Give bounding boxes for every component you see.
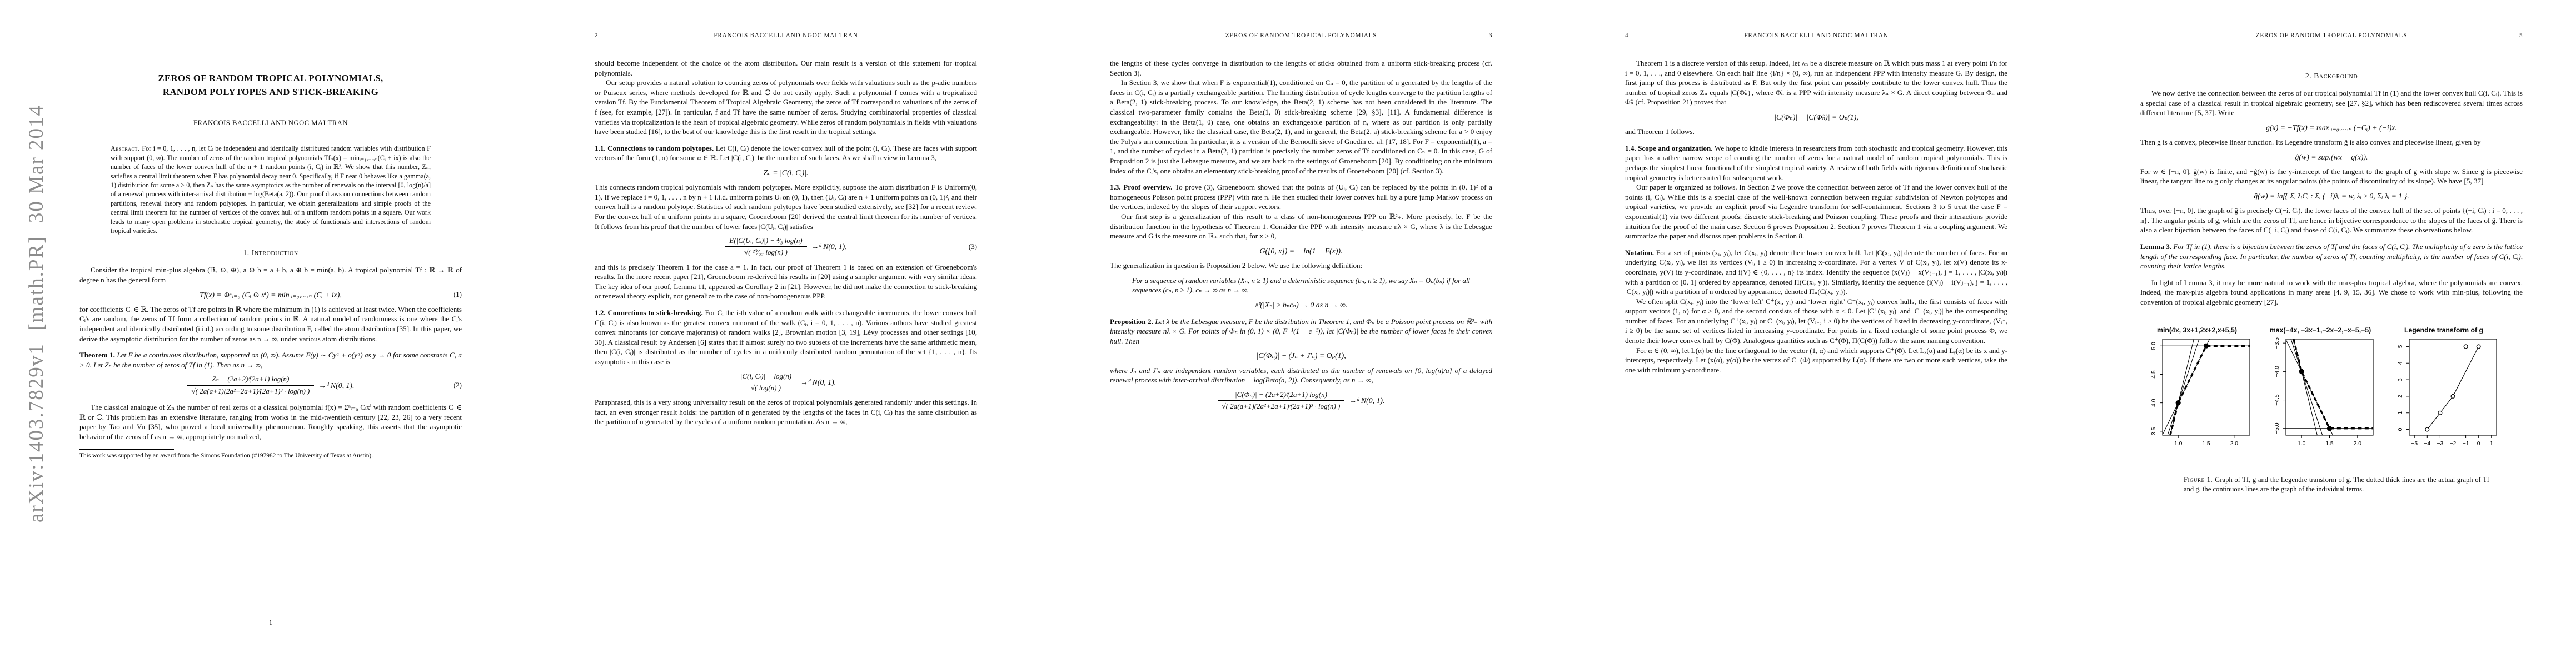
display-equation: E(|C(Uᵢ, Cᵢ)|) − ⁴⁄₃ log(n)√( ²⁰⁄₂₇ log(…: [595, 236, 977, 257]
paragraph: Our first step is a generalization of th…: [1110, 212, 1492, 241]
figure-caption: Figure 1. Graph of Tf, g and the Legendr…: [2184, 475, 2489, 494]
fraction-numerator: E(|C(Uᵢ, Cᵢ)|) − ⁴⁄₃ log(n): [725, 236, 806, 247]
paragraph: should become independent of the choice …: [595, 58, 977, 78]
vertex-dot: [2176, 400, 2181, 405]
section-heading: 1. Introduction: [79, 248, 462, 257]
header-running-title: ZEROS OF RANDOM TROPICAL POLYNOMIALS: [2174, 32, 2489, 39]
paragraph-lead: 1.1. Connections to random polytopes.: [595, 144, 716, 152]
plot-area: [2162, 339, 2250, 435]
figure-panel-title: max(−4x, −3x−1,−2x−2,−x−5,−5): [2264, 326, 2377, 334]
paragraph: In Section 3, we show that when F is exp…: [1110, 78, 1492, 176]
equation-suffix: →ᵈ N(0, 1).: [800, 377, 836, 387]
figure-plot: 1.01.52.0−3.5−4.0−4.5−5.0: [2264, 335, 2377, 466]
y-tick-label: 5: [2398, 345, 2404, 348]
y-tick-label: 4.0: [2151, 399, 2157, 407]
equation-suffix: →ᵈ N(0, 1),: [811, 242, 847, 251]
paragraph-lead: Proposition 2.: [1110, 317, 1155, 326]
page-2: 2 FRANCOIS BACCELLI AND NGOC MAI TRAN sh…: [515, 0, 1030, 667]
page-3: ZEROS OF RANDOM TROPICAL POLYNOMIALS 3 t…: [1030, 0, 1546, 667]
y-tick-label: −5.0: [2274, 422, 2280, 434]
display-equation: |C(Φₙ)| − (2a+2)⁄(2a+1) log(n)√( 2a(a+1)…: [1110, 390, 1492, 411]
x-tick-label: −2: [2450, 441, 2457, 447]
paragraph: Theorem 1. Let F be a continuous distrib…: [79, 350, 462, 370]
equation-number: (1): [454, 290, 462, 299]
plot-box: [2409, 339, 2497, 435]
paragraph-lead: 1.3. Proof overview.: [1110, 183, 1175, 191]
page-3-body: the lengths of these cycles converge in …: [1110, 58, 1492, 416]
fraction: |C(Φₙ)| − (2a+2)⁄(2a+1) log(n)√( 2a(a+1)…: [1218, 390, 1345, 411]
data-circle: [2451, 394, 2455, 398]
y-tick-label: 5.0: [2151, 341, 2157, 350]
paper-title: ZEROS OF RANDOM TROPICAL POLYNOMIALS, RA…: [79, 71, 462, 99]
equation: ĝ(w) = inf{ Σᵢ λᵢCᵢ : Σᵢ (−i)λᵢ = w, λᵢ …: [2140, 191, 2523, 201]
fraction: |C(i, Cᵢ)| − log(n)√( log(n) ): [736, 372, 796, 393]
page-5: ZEROS OF RANDOM TROPICAL POLYNOMIALS 5 2…: [2061, 0, 2576, 667]
paragraph: We now derive the connection between the…: [2140, 88, 2523, 118]
arxiv-watermark: arXiv:1403.7829v1 [math.PR] 30 Mar 2014: [24, 49, 48, 522]
running-header: ZEROS OF RANDOM TROPICAL POLYNOMIALS 3: [1110, 32, 1492, 39]
paragraph: The classical analogue of Zₙ the number …: [79, 402, 462, 441]
running-header: 4 FRANCOIS BACCELLI AND NGOC MAI TRAN: [1625, 32, 2007, 39]
paragraph-lead: Lemma 3.: [2140, 242, 2174, 251]
y-tick-label: −4.5: [2274, 394, 2280, 406]
equation-body: Zₙ = |C(i, Cᵢ)|.: [763, 168, 808, 177]
footnote: This work was supported by an award from…: [79, 449, 462, 460]
figure-plot: 1.01.52.03.54.04.55.0: [2140, 335, 2254, 466]
display-equation: |C(i, Cᵢ)| − log(n)√( log(n) )→ᵈ N(0, 1)…: [595, 372, 977, 393]
equation: Zₙ = |C(i, Cᵢ)|.: [595, 168, 977, 177]
x-tick-label: 1.5: [2202, 441, 2210, 447]
equation-suffix: →ᵈ N(0, 1).: [1349, 396, 1384, 405]
paragraph: We often split C(xᵢ, yᵢ) into the ‘lower…: [1625, 297, 2007, 346]
paragraph: Our paper is organized as follows. In Se…: [1625, 182, 2007, 241]
y-tick-label: 3: [2398, 378, 2404, 381]
plot-box: [2286, 339, 2373, 435]
x-tick-label: −5: [2411, 441, 2418, 447]
fraction-denominator: √( 2a(a+1)(2a²+2a+1)⁄(2a+1)³ · log(n) ): [1218, 401, 1345, 411]
running-header: 2 FRANCOIS BACCELLI AND NGOC MAI TRAN: [595, 32, 977, 39]
x-tick-label: −1: [2463, 441, 2469, 447]
paragraph: For α ∈ (0, ∞), let L(α) be the line ort…: [1625, 346, 2007, 375]
data-circle: [2477, 345, 2480, 349]
paragraph-lead: 1.2. Connections to stick-breaking.: [595, 308, 705, 317]
paragraph: the lengths of these cycles converge in …: [1110, 58, 1492, 78]
fraction-denominator: √( ²⁰⁄₂₇ log(n) ): [725, 247, 806, 257]
page-2-body: should become independent of the choice …: [595, 58, 977, 427]
plot-box: [2163, 339, 2250, 435]
page-1: arXiv:1403.7829v1 [math.PR] 30 Mar 2014 …: [0, 0, 515, 667]
equation: g(x) = −Tf(x) = max ᵢ₌₀,...,ₙ (−Cᵢ) + (−…: [2140, 123, 2523, 132]
equation-body: G([0, x]) = − ln(1 − F(x)).: [1260, 247, 1343, 255]
paragraph: and Theorem 1 follows.: [1625, 127, 2007, 137]
figure-panel-1: min(4x, 3x+1,2x+2,x+5,5)1.01.52.03.54.04…: [2140, 326, 2254, 466]
equation-body: g(x) = −Tf(x) = max ᵢ₌₀,...,ₙ (−Cᵢ) + (−…: [2266, 123, 2397, 132]
paragraph: Consider the tropical min-plus algebra (…: [79, 265, 462, 285]
page-1-body: ZEROS OF RANDOM TROPICAL POLYNOMIALS, RA…: [79, 0, 462, 461]
y-tick-label: 0: [2398, 427, 2404, 431]
paragraph: 1.3. Proof overview. To prove (3), Groen…: [1110, 182, 1492, 212]
paragraph: Thus, over [−n, 0], the graph of ĝ is pr…: [2140, 206, 2523, 235]
equation-body: |C(Φₙ)| − (Jₙ + J′ₙ) = Oₚ(1),: [1256, 351, 1346, 360]
paper-canvas: arXiv:1403.7829v1 [math.PR] 30 Mar 2014 …: [0, 0, 2576, 667]
plot-area: [2285, 339, 2373, 435]
paragraph: This connects random tropical polynomial…: [595, 182, 977, 231]
paragraph: Then g is a convex, piecewise linear fun…: [2140, 137, 2523, 147]
equation-body: ĝ(w) = supₓ(wx − g(x)).: [2295, 153, 2368, 161]
term-line: [2168, 339, 2199, 435]
vertex-dot: [2327, 426, 2332, 431]
fraction-numerator: |C(i, Cᵢ)| − log(n): [736, 372, 796, 382]
header-running-title: FRANCOIS BACCELLI AND NGOC MAI TRAN: [1658, 32, 1974, 39]
y-tick-label: 1: [2398, 411, 2404, 414]
paragraph: Lemma 3. For Tf in (1), there is a bijec…: [2140, 242, 2523, 271]
plot-area: [2425, 345, 2480, 431]
equation-body: ĝ(w) = inf{ Σᵢ λᵢCᵢ : Σᵢ (−i)λᵢ = w, λᵢ …: [2254, 192, 2409, 200]
x-tick-label: 1.5: [2325, 441, 2334, 447]
paragraph: Theorem 1 is a discrete version of this …: [1625, 58, 2007, 107]
paragraph: Notation. For a set of points (xᵢ, yᵢ), …: [1625, 248, 2007, 297]
fraction: E(|C(Uᵢ, Cᵢ)|) − ⁴⁄₃ log(n)√( ²⁰⁄₂₇ log(…: [725, 236, 806, 257]
vertex-dot: [2299, 369, 2304, 374]
figure-1: min(4x, 3x+1,2x+2,x+5,5)1.01.52.03.54.04…: [2140, 326, 2500, 466]
paragraph-lead: Theorem 1.: [79, 351, 117, 359]
x-tick-label: 1.0: [2174, 441, 2183, 447]
equation: Tf(x) = ⊕ⁿᵢ₌₀ (Cᵢ ⊙ xⁱ) = min ᵢ₌₀,...,ₙ …: [79, 290, 462, 300]
paragraph: and this is precisely Theorem 1 for the …: [595, 262, 977, 301]
fraction-numerator: |C(Φₙ)| − (2a+2)⁄(2a+1) log(n): [1218, 390, 1345, 401]
x-tick-label: −3: [2437, 441, 2444, 447]
figure-panel-3: Legendre transform of g−5−4−3−2−10101234…: [2387, 326, 2500, 466]
paragraph: for coefficients Cᵢ ∈ ℝ. The zeros of Tf…: [79, 305, 462, 344]
running-header: ZEROS OF RANDOM TROPICAL POLYNOMIALS 5: [2140, 32, 2523, 39]
data-circle: [2438, 411, 2442, 415]
y-tick-label: 2: [2398, 394, 2404, 397]
definition-block: For a sequence of random variables (Xₙ, …: [1132, 276, 1470, 296]
hull-line: [2427, 346, 2478, 429]
x-tick-label: 0: [2477, 441, 2480, 447]
footnote-rule: [79, 449, 174, 450]
page-5-body: 2. BackgroundWe now derive the connectio…: [2140, 58, 2523, 494]
x-tick-label: 2.0: [2354, 441, 2362, 447]
y-tick-label: 4: [2398, 361, 2404, 365]
paragraph: 1.4. Scope and organization. We hope to …: [1625, 143, 2007, 182]
equation-suffix: →ᵈ N(0, 1).: [318, 381, 354, 390]
paragraph-lead: Notation.: [1625, 248, 1656, 257]
equation: |C(Φₙ)| − |C(Φ̃ₙ)| = Oₚ(1),: [1625, 112, 2007, 122]
y-tick-label: 3.5: [2151, 427, 2157, 435]
paragraph: Proposition 2. Let λ be the Lebesgue mea…: [1110, 317, 1492, 346]
paragraph: 1.1. Connections to random polytopes. Le…: [595, 143, 977, 163]
term-line: [2291, 339, 2323, 435]
abstract-label: Abstract.: [111, 145, 142, 152]
equation: G([0, x]) = − ln(1 − F(x)).: [1110, 246, 1492, 256]
x-tick-label: 1: [2490, 441, 2493, 447]
paragraph-lead: 1.4. Scope and organization.: [1625, 144, 1715, 152]
header-page-number: 4: [1625, 32, 1658, 39]
fraction-denominator: √( 2a(a+1)(2a²+2a+1)⁄(2a+1)³ · log(n) ): [187, 386, 315, 396]
header-running-title: FRANCOIS BACCELLI AND NGOC MAI TRAN: [628, 32, 944, 39]
x-tick-label: −4: [2424, 441, 2430, 447]
section-heading: 2. Background: [2140, 72, 2523, 81]
y-tick-label: −3.5: [2274, 337, 2280, 349]
figure-panel-2: max(−4x, −3x−1,−2x−2,−x−5,−5)1.01.52.0−3…: [2264, 326, 2377, 466]
paragraph: Paraphrased, this is a very strong unive…: [595, 397, 977, 427]
header-page-number: 2: [595, 32, 628, 39]
equation-number: (2): [454, 381, 462, 390]
fraction-numerator: Zₙ − (2a+2)⁄(2a+1) log(n): [187, 375, 315, 385]
vertex-dot: [2204, 343, 2209, 348]
paragraph: In light of Lemma 3, it may be more natu…: [2140, 278, 2523, 307]
figure-panel-title: Legendre transform of g: [2387, 326, 2500, 334]
display-equation: Zₙ − (2a+2)⁄(2a+1) log(n)√( 2a(a+1)(2a²+…: [79, 375, 462, 396]
fraction: Zₙ − (2a+2)⁄(2a+1) log(n)√( 2a(a+1)(2a²+…: [187, 375, 315, 396]
equation: |C(Φₙ)| − (Jₙ + J′ₙ) = Oₚ(1),: [1110, 351, 1492, 360]
y-tick-label: −4.0: [2274, 366, 2280, 377]
data-circle: [2425, 427, 2429, 431]
equation-body: ℙ(|Xₙ| ≥ bₙcₙ) → 0 as n → ∞.: [1255, 301, 1348, 309]
paragraph: For w ∈ [−n, 0], ĝ(w) is finite, and −ĝ(…: [2140, 167, 2523, 186]
header-page-number-right: 3: [1459, 32, 1492, 39]
header-page-number-right: 5: [2489, 32, 2523, 39]
paragraph: where Jₙ and J′ₙ are independent random …: [1110, 366, 1492, 385]
x-tick-label: 2.0: [2230, 441, 2239, 447]
x-tick-label: 1.0: [2298, 441, 2306, 447]
equation-number: (3): [969, 242, 977, 251]
y-tick-label: 4.5: [2151, 370, 2157, 379]
equation-body: Tf(x) = ⊕ⁿᵢ₌₀ (Cᵢ ⊙ xⁱ) = min ᵢ₌₀,...,ₙ …: [200, 291, 342, 299]
equation: ℙ(|Xₙ| ≥ bₙcₙ) → 0 as n → ∞.: [1110, 300, 1492, 310]
figure-plot: −5−4−3−2−101012345: [2387, 335, 2500, 466]
fraction-denominator: √( log(n) ): [736, 382, 796, 392]
paragraph: Our setup provides a natural solution to…: [595, 78, 977, 137]
paragraph: The generalization in question is Propos…: [1110, 261, 1492, 271]
data-circle: [2464, 345, 2468, 349]
abstract: Abstract. For i = 0, 1, . . . , n, let C…: [111, 144, 431, 235]
figure-panel-title: min(4x, 3x+1,2x+2,x+5,5): [2140, 326, 2254, 334]
equation-body: |C(Φₙ)| − |C(Φ̃ₙ)| = Oₚ(1),: [1774, 113, 1858, 121]
page-4: 4 FRANCOIS BACCELLI AND NGOC MAI TRAN Th…: [1546, 0, 2061, 667]
paper-authors: FRANCOIS BACCELLI AND NGOC MAI TRAN: [79, 119, 462, 127]
page-4-body: Theorem 1 is a discrete version of this …: [1625, 58, 2007, 375]
header-running-title: ZEROS OF RANDOM TROPICAL POLYNOMIALS: [1143, 32, 1459, 39]
figure-caption-label: Figure 1.: [2184, 476, 2215, 484]
page-number: 1: [79, 619, 462, 627]
equation: ĝ(w) = supₓ(wx − g(x)).: [2140, 152, 2523, 162]
paragraph: 1.2. Connections to stick-breaking. For …: [595, 308, 977, 367]
